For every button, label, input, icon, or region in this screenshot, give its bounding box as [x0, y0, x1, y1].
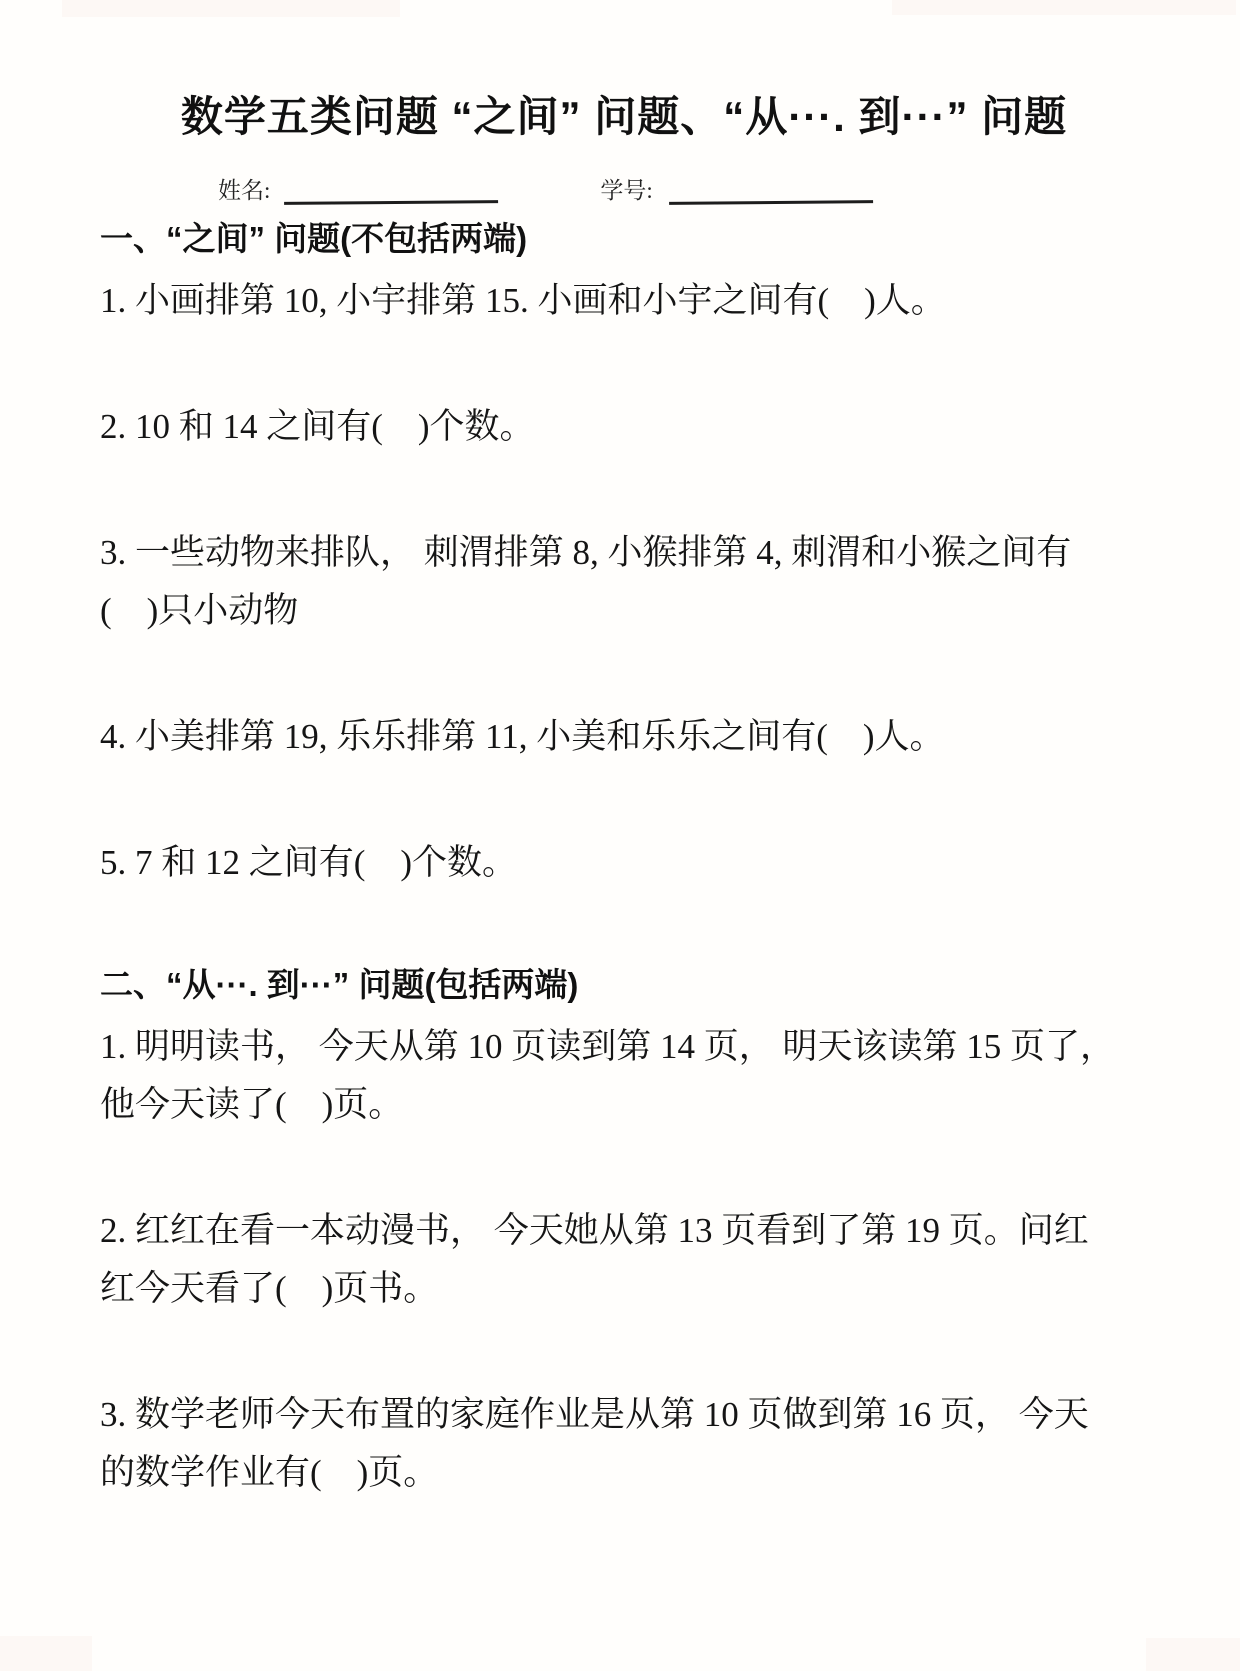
problem-item: 2. 10 和 14 之间有( )个数。: [100, 398, 1148, 456]
problem-text-line: 2. 10 和 14 之间有( )个数。: [100, 398, 1148, 456]
problem-item: 4. 小美排第 19, 乐乐排第 11, 小美和乐乐之间有( )人。: [100, 708, 1148, 766]
section-2: 二、“从···. 到···” 问题(包括两端)1. 明明读书， 今天从第 10 …: [100, 962, 1148, 1502]
problem-text-line: 3. 一些动物来排队， 刺渭排第 8, 小猴排第 4, 刺渭和小猴之间有: [100, 524, 1148, 582]
photo-edge-artifact: [0, 1636, 92, 1671]
student-info-row: 姓名: 学号:: [218, 178, 1148, 204]
problem-item: 1. 小画排第 10, 小宇排第 15. 小画和小宇之间有( )人。: [100, 272, 1148, 330]
section-heading: 一、“之间” 问题(不包括两端): [100, 216, 1148, 262]
problem-text-line: ( )只小动物: [100, 582, 1148, 640]
problem-text-line: 1. 明明读书， 今天从第 10 页读到第 14 页， 明天该读第 15 页了，: [100, 1018, 1148, 1076]
student-id-blank-line: [669, 180, 873, 205]
problem-text-line: 的数学作业有( )页。: [100, 1444, 1148, 1502]
worksheet-title: 数学五类问题 “之间” 问题、“从···. 到···” 问题: [100, 84, 1148, 144]
problem-text-line: 他今天读了( )页。: [100, 1076, 1148, 1134]
problem-item: 5. 7 和 12 之间有( )个数。: [100, 834, 1148, 892]
problem-text-line: 1. 小画排第 10, 小宇排第 15. 小画和小宇之间有( )人。: [100, 272, 1148, 330]
problem-text-line: 5. 7 和 12 之间有( )个数。: [100, 834, 1148, 892]
photo-edge-artifact: [1146, 1638, 1240, 1671]
problem-item: 3. 数学老师今天布置的家庭作业是从第 10 页做到第 16 页， 今天的数学作…: [100, 1386, 1148, 1502]
problem-text-line: 4. 小美排第 19, 乐乐排第 11, 小美和乐乐之间有( )人。: [100, 708, 1148, 766]
problem-item: 1. 明明读书， 今天从第 10 页读到第 14 页， 明天该读第 15 页了，…: [100, 1018, 1148, 1134]
section-1: 一、“之间” 问题(不包括两端)1. 小画排第 10, 小宇排第 15. 小画和…: [100, 216, 1148, 892]
name-blank-line: [284, 180, 498, 205]
photo-edge-artifact: [62, 0, 400, 17]
student-id-label: 学号:: [600, 178, 652, 204]
photo-edge-artifact: [892, 0, 1236, 15]
problem-item: 3. 一些动物来排队， 刺渭排第 8, 小猴排第 4, 刺渭和小猴之间有( )只…: [100, 524, 1148, 640]
problem-text-line: 2. 红红在看一本动漫书， 今天她从第 13 页看到了第 19 页。问红: [100, 1202, 1148, 1260]
worksheet-page: 数学五类问题 “之间” 问题、“从···. 到···” 问题 姓名: 学号: 一…: [0, 0, 1240, 1671]
problem-text-line: 3. 数学老师今天布置的家庭作业是从第 10 页做到第 16 页， 今天: [100, 1386, 1148, 1444]
problem-item: 2. 红红在看一本动漫书， 今天她从第 13 页看到了第 19 页。问红红今天看…: [100, 1202, 1148, 1318]
problem-text-line: 红今天看了( )页书。: [100, 1260, 1148, 1318]
section-heading: 二、“从···. 到···” 问题(包括两端): [100, 962, 1148, 1008]
sections-container: 一、“之间” 问题(不包括两端)1. 小画排第 10, 小宇排第 15. 小画和…: [100, 216, 1148, 1502]
name-label: 姓名:: [218, 178, 270, 204]
worksheet-content: 数学五类问题 “之间” 问题、“从···. 到···” 问题 姓名: 学号: 一…: [0, 0, 1240, 1502]
